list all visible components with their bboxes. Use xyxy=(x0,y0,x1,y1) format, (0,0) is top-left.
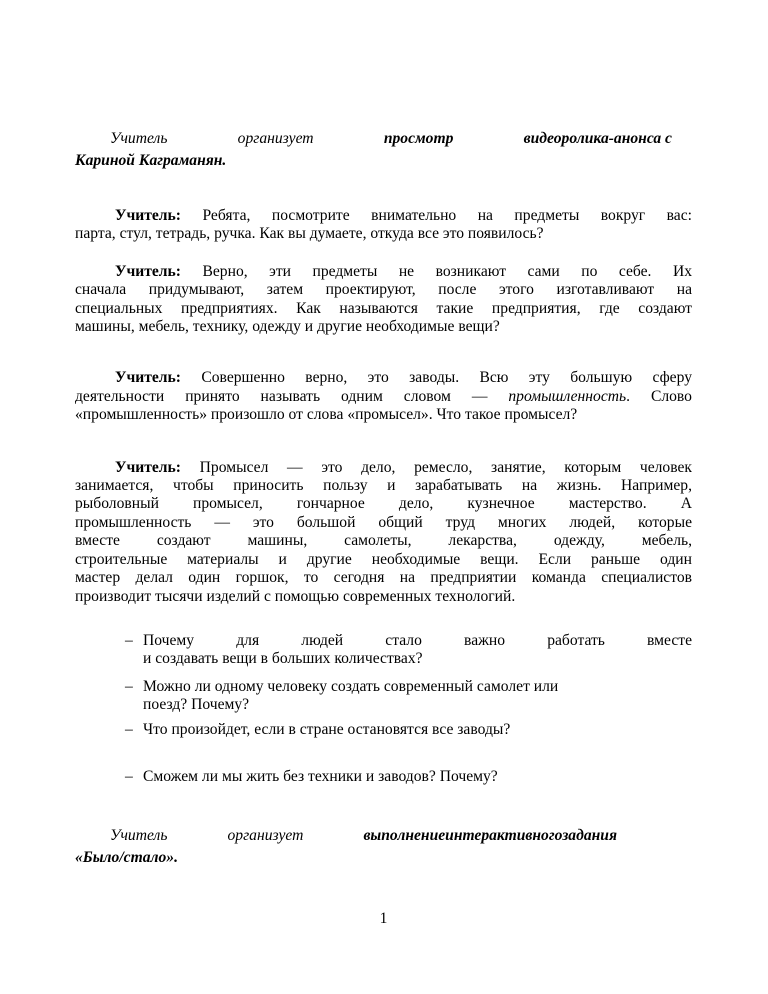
stage-direction-paragraph-1: Учитель организует просмотр видеоролика-… xyxy=(75,128,692,172)
speech-text: Совершенно верно, это заводы. Всю эту бо… xyxy=(181,369,692,386)
text-line: Можно ли одному человеку создать совреме… xyxy=(143,678,692,696)
speaker-label: Учитель: xyxy=(115,459,181,476)
text-line: мастер делал один горшок, то сегодня на … xyxy=(75,569,692,587)
stage-direction-word: организует xyxy=(228,825,304,847)
text-line: поезд? Почему? xyxy=(143,696,692,714)
question-text: Можно ли одному человеку создать совреме… xyxy=(143,678,558,695)
bullet-dash-icon: – xyxy=(125,678,133,696)
page-number: 1 xyxy=(75,910,692,928)
stage-direction-word: Учитель xyxy=(110,128,167,150)
speaker-label: Учитель: xyxy=(115,207,181,224)
question-item-1: – Почему для людей стало важно работать … xyxy=(75,632,692,669)
speech-text: Промысел — это дело, ремесло, занятие, к… xyxy=(181,459,692,476)
text-line: занимается, чтобы приносить пользу и зар… xyxy=(75,477,692,495)
speech-text: Верно, эти предметы не возникают сами по… xyxy=(181,263,692,280)
text-line: «промышленность» произошло от слова «про… xyxy=(75,406,692,424)
text-line: сначала придумывают, затем проектируют, … xyxy=(75,281,692,299)
speaker-label: Учитель: xyxy=(115,263,181,280)
teacher-speech-paragraph-2: Учитель: Верно, эти предметы не возникаю… xyxy=(75,263,692,337)
stage-direction-word: организует xyxy=(238,128,314,150)
text-line: Что произойдет, если в стране остановятс… xyxy=(143,721,692,739)
speech-text: Ребята, посмотрите внимательно на предме… xyxy=(181,207,692,224)
stage-direction-word: видеоролика-анонса с xyxy=(524,128,672,150)
text-line: Почему для людей стало важно работать вм… xyxy=(143,632,692,650)
teacher-speech-paragraph-1: Учитель: Ребята, посмотрите внимательно … xyxy=(75,207,692,244)
question-item-4: – Сможем ли мы жить без техники и заводо… xyxy=(75,768,692,786)
question-text: поезд? Почему? xyxy=(143,696,249,713)
text-line: Сможем ли мы жить без техники и заводов?… xyxy=(143,768,692,786)
question-item-2: – Можно ли одному человеку создать совре… xyxy=(75,678,692,715)
speaker-label: Учитель: xyxy=(115,369,181,386)
text-line: производит тысячи изделий с помощью совр… xyxy=(75,588,692,606)
text-line: строительные материалы и другие необходи… xyxy=(75,551,692,569)
text-line: рыболовный промысел, гончарное дело, куз… xyxy=(75,495,692,513)
text-line: и создавать вещи в больших количествах? xyxy=(143,650,692,668)
speech-text: вместе создают машины, самолеты, лекарст… xyxy=(75,532,692,549)
speech-text: машины, мебель, технику, одежду и другие… xyxy=(75,318,500,335)
stage-direction-paragraph-2: Учитель организует выполнениеинтерактивн… xyxy=(75,825,692,869)
text-line: Учитель организует просмотр видеоролика-… xyxy=(75,128,672,150)
text-line: «Было/стало». xyxy=(75,847,692,869)
document-page: Учитель организует просмотр видеоролика-… xyxy=(0,0,768,994)
emphasized-term: промышленность xyxy=(508,388,626,405)
bullet-dash-icon: – xyxy=(125,721,133,739)
text-line: Кариной Каграманян. xyxy=(75,150,692,172)
question-text: Что произойдет, если в стране остановятс… xyxy=(143,721,510,738)
question-text: Почему для людей стало важно работать вм… xyxy=(143,632,692,649)
bullet-dash-icon: – xyxy=(125,768,133,786)
speech-text: рыболовный промысел, гончарное дело, куз… xyxy=(75,495,692,512)
text-line: Учитель: Промысел — это дело, ремесло, з… xyxy=(75,459,692,477)
speech-text: деятельности принято называть одним слов… xyxy=(75,388,508,405)
text-line: Учитель организует выполнениеинтерактивн… xyxy=(75,825,617,847)
stage-direction-word: Учитель xyxy=(110,825,167,847)
text-line: парта, стул, тетрадь, ручка. Как вы дума… xyxy=(75,225,692,243)
speech-text: «промышленность» произошло от слова «про… xyxy=(75,406,577,423)
stage-direction-word: выполнениеинтерактивногозадания xyxy=(363,825,617,847)
stage-direction-word: Кариной Каграманян. xyxy=(75,152,226,169)
speech-text: промышленность — это большой общий труд … xyxy=(75,514,692,531)
bullet-dash-icon: – xyxy=(125,632,133,650)
text-line: машины, мебель, технику, одежду и другие… xyxy=(75,318,692,336)
text-line: Учитель: Ребята, посмотрите внимательно … xyxy=(75,207,692,225)
speech-text: строительные материалы и другие необходи… xyxy=(75,551,692,568)
speech-text: производит тысячи изделий с помощью совр… xyxy=(75,588,515,605)
text-line: специальных предприятиях. Как называются… xyxy=(75,300,692,318)
question-text: и создавать вещи в больших количествах? xyxy=(143,650,423,667)
speech-text: парта, стул, тетрадь, ручка. Как вы дума… xyxy=(75,225,544,242)
teacher-speech-paragraph-4: Учитель: Промысел — это дело, ремесло, з… xyxy=(75,459,692,606)
question-text: Сможем ли мы жить без техники и заводов?… xyxy=(143,768,498,785)
speech-text: мастер делал один горшок, то сегодня на … xyxy=(75,569,692,586)
text-line: вместе создают машины, самолеты, лекарст… xyxy=(75,532,692,550)
text-line: Учитель: Верно, эти предметы не возникаю… xyxy=(75,263,692,281)
stage-direction-word: «Было/стало». xyxy=(75,849,178,866)
speech-text: занимается, чтобы приносить пользу и зар… xyxy=(75,477,692,494)
text-line: Учитель: Совершенно верно, это заводы. В… xyxy=(75,369,692,387)
speech-text: специальных предприятиях. Как называются… xyxy=(75,300,692,317)
question-item-3: – Что произойдет, если в стране остановя… xyxy=(75,721,692,739)
speech-text: сначала придумывают, затем проектируют, … xyxy=(75,281,692,298)
text-line: деятельности принято называть одним слов… xyxy=(75,388,692,406)
teacher-speech-paragraph-3: Учитель: Совершенно верно, это заводы. В… xyxy=(75,369,692,424)
text-line: промышленность — это большой общий труд … xyxy=(75,514,692,532)
speech-text: . Слово xyxy=(626,388,692,405)
stage-direction-word: просмотр xyxy=(384,128,454,150)
